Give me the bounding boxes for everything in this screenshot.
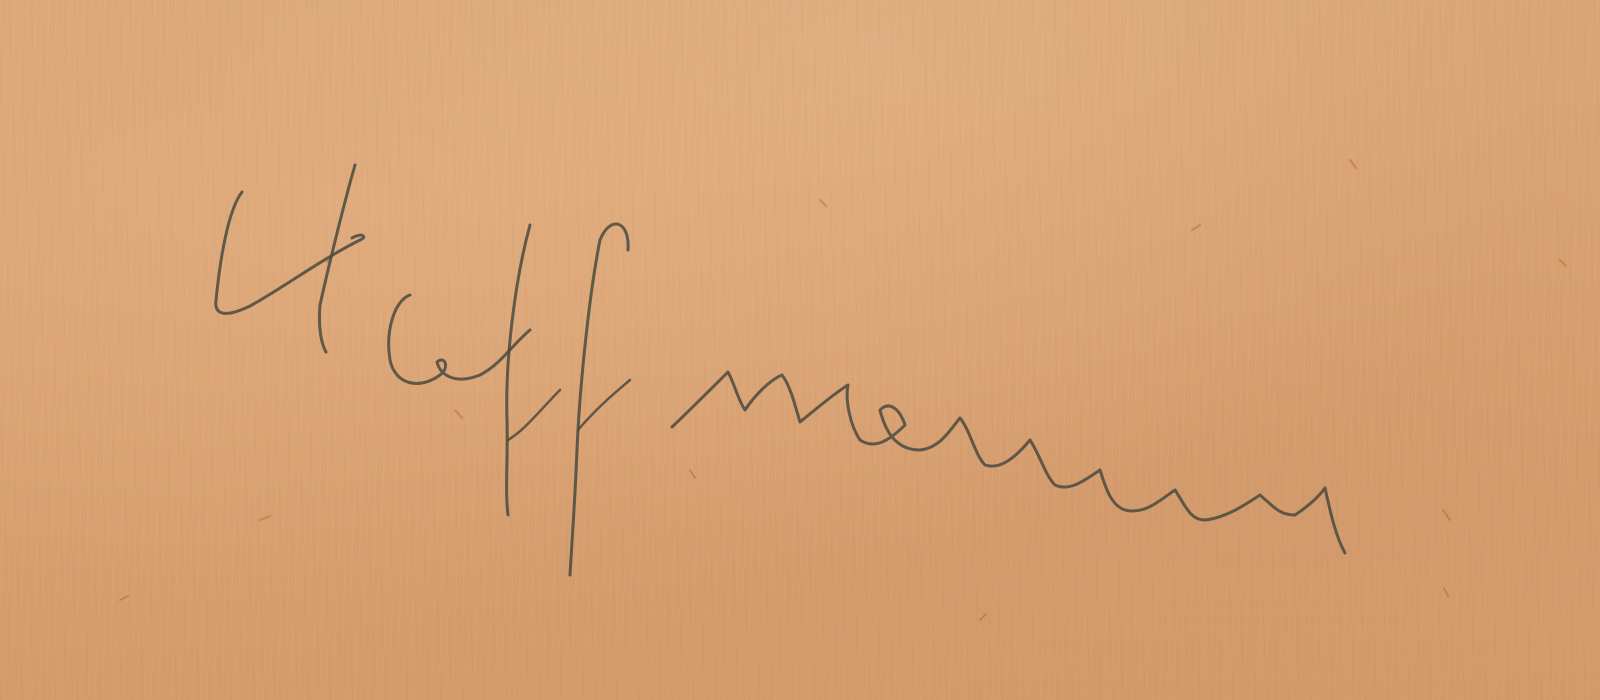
signature-strokes <box>216 165 1345 575</box>
paper-background: Hoffmann <box>0 0 1600 700</box>
signature: Hoffmann <box>0 0 1600 700</box>
